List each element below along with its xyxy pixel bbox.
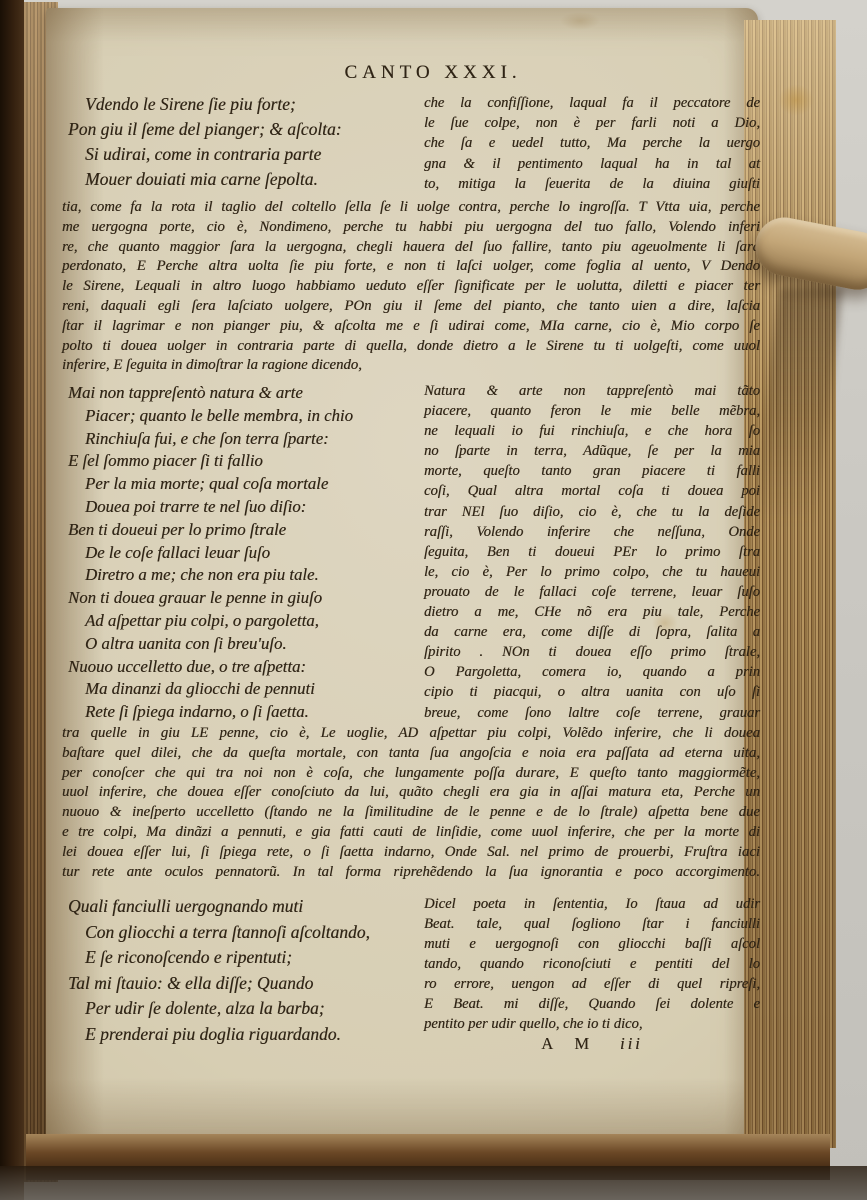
verse-tercet-block-middle: Mai non tappreſentò natura & artePiacer;… <box>68 382 420 724</box>
verse-tercet-block-bottom: Quali fanciulli uergognando mutiCon glio… <box>68 894 420 1048</box>
text-line: le ſue colpe, non è per farli noti a Dio… <box>424 113 760 133</box>
text-line: baſtare quel dilei, che da queſta mortal… <box>62 744 760 764</box>
text-line: Nuouo uccelletto due, o tre aſpetta: <box>68 656 420 679</box>
commentary-column-top: che la confiſſione, laqual fa il peccato… <box>424 93 760 194</box>
text-line: per conoſcer che qui tra noi non è coſa,… <box>62 764 760 784</box>
text-line: Non ti douea grauar le penne in giuſo <box>68 587 420 610</box>
text-line: Per la mia morte; qual coſa mortale <box>68 473 420 496</box>
text-line: ſtar il lagrimar e non pianger piu, & aſ… <box>62 317 760 337</box>
text-line: lei douea eſſer lui, ſi ſpiega rete, o ſ… <box>62 843 760 863</box>
text-line: Mai non tappreſentò natura & arte <box>68 382 420 405</box>
text-line: to, mitiga la ſeuerita de la diuina giuſ… <box>424 174 760 194</box>
text-line: E prenderai piu doglia riguardando. <box>68 1022 420 1048</box>
text-line: Per udir ſe dolente, alza la barba; <box>68 996 420 1022</box>
text-line: perdonato, E Perche altra uolta ſie piu … <box>62 257 760 277</box>
text-line: che la confiſſione, laqual fa il peccato… <box>424 93 760 113</box>
text-line: Beat. tale, qual ſogliono ſtar i fanciul… <box>424 914 760 934</box>
page-stain <box>778 84 814 116</box>
text-line: Ad aſpettar piu colpi, o pargoletta, <box>68 610 420 633</box>
text-line: reni, daquali egli ſera laſciato uolgere… <box>62 297 760 317</box>
text-line: Mouer douiati mia carne ſepolta. <box>68 167 420 192</box>
text-line: ne lequali io fui rinchiuſa, e che hora … <box>424 421 760 441</box>
text-line: trar NEl ſuo diſio, cio è, che tu la deſ… <box>424 502 760 522</box>
text-line: che ſa e uedel tutto, Ma perche la uergo <box>424 133 760 153</box>
text-line: coſi, Qual altra mortal coſa ti douea po… <box>424 481 760 501</box>
text-line: raſſi, Volendo inferire che neſſuna, Ond… <box>424 522 760 542</box>
text-line: Dicel poeta in ſententia, Io ſtaua ad ud… <box>424 894 760 914</box>
text-line: E ſe riconoſcendo e ripentuti; <box>68 945 420 971</box>
text-line: Ben ti doueui per lo primo ſtrale <box>68 519 420 542</box>
page-stain <box>560 12 600 30</box>
text-line: tra quelle in giu LE penne, cio è, Le uo… <box>62 724 760 744</box>
text-line: re, che quanto maggior ſara la uergogna,… <box>62 238 760 258</box>
text-line: inferire, E ſeguita in dimoſtrar la ragi… <box>62 356 760 376</box>
text-line: le, cio è, Per lo primo colpo, che tu ha… <box>424 562 760 582</box>
text-line: Con gliocchi a terra ſtannoſi aſcoltando… <box>68 920 420 946</box>
text-line: Si udirai, come in contraria parte <box>68 142 420 167</box>
text-line: Tal mi ſtauio: & ella diſſe; Quando <box>68 971 420 997</box>
text-line: piacere, quanto feron le mie belle mẽbra… <box>424 401 760 421</box>
text-line: morte, queſto tanto gran piacere ti fall… <box>424 461 760 481</box>
text-line: nuouo & ineſperto uccelletto (ſtando ne … <box>62 803 760 823</box>
text-line: De le coſe fallaci leuar ſuſo <box>68 542 420 565</box>
text-line: O altra uanita con ſi breu'uſo. <box>68 633 420 656</box>
canto-heading: CANTO XXXI. <box>84 62 782 84</box>
commentary-prose-block-1: tia, come fa la rota il taglio del colte… <box>62 198 760 376</box>
text-line: ſpirito . NOn ti douea eſſo primo ſtrale… <box>424 642 760 662</box>
text-line: E Beat. mi diſſe, Quando ſei dolente e <box>424 994 760 1014</box>
text-line: tur rete ante oculos pennatorũ. In tal f… <box>62 863 760 883</box>
signature-letters: A M <box>541 1034 598 1053</box>
text-line: no ſparte in terra, Adũque, ſe per la mi… <box>424 441 760 461</box>
book-shadow <box>0 1166 867 1200</box>
text-line: ſeguita, Ben ti doueui PEr lo primo ſtra <box>424 542 760 562</box>
gathering-signature: A Miii <box>424 1034 760 1054</box>
commentary-prose-block-2: tra quelle in giu LE penne, cio è, Le uo… <box>62 724 760 882</box>
text-line: polto ti douea uolger in contraria parte… <box>62 337 760 357</box>
text-line: Rinchiuſa fui, e che ſon terra ſparte: <box>68 428 420 451</box>
text-line: da carne era, come diſſe di ſopra, ſalit… <box>424 622 760 642</box>
commentary-column-middle: Natura & arte non tappreſentò mai tãtopi… <box>424 381 760 723</box>
text-line: Piacer; quanto le belle membra, in chio <box>68 405 420 428</box>
text-line: tando, quando riconoſciuti e pentiti del… <box>424 954 760 974</box>
text-line: tia, come fa la rota il taglio del colte… <box>62 198 760 218</box>
book-photo-backdrop: CANTO XXXI. Vdendo le Sirene ſie piu for… <box>0 0 867 1200</box>
text-line: uuol inferire, che douea eſſer conoſciut… <box>62 783 760 803</box>
text-line: prouato de le fallaci coſe terrene, leua… <box>424 582 760 602</box>
text-line: ro errore, uengon ad eſſer di quel ripre… <box>424 974 760 994</box>
text-line: Rete ſi ſpiega indarno, o ſi ſaetta. <box>68 701 420 724</box>
text-line: breue, come ſono laltre coſe terrene, gr… <box>424 703 760 723</box>
text-line: gna & il pentimento laqual ha in tal at <box>424 154 760 174</box>
text-line: Ma dinanzi da gliocchi de pennuti <box>68 678 420 701</box>
text-line: dietro a me, CHe nõ era piu tale, Perche <box>424 602 760 622</box>
text-line: O Pargoletta, comera io, quando a prin <box>424 662 760 682</box>
text-line: Douea poi trarre te nel ſuo diſio: <box>68 496 420 519</box>
text-line: cipio ti piacqui, o altra uanita con uſo… <box>424 682 760 702</box>
text-line: Vdendo le Sirene ſie piu forte; <box>68 92 420 117</box>
text-line: pentito per udir quello, che io ti dico, <box>424 1014 760 1034</box>
text-line: me uergogna porte, cio è, Nondimeno, per… <box>62 218 760 238</box>
text-line: muti e uergognoſi con gliocchi baſſi aſc… <box>424 934 760 954</box>
book-spine-edge <box>0 0 24 1200</box>
text-line: Pon giu il ſeme del pianger; & aſcolta: <box>68 117 420 142</box>
text-line: Diretro a me; che non era piu tale. <box>68 564 420 587</box>
text-line: E ſel ſommo piacer ſi ti fallio <box>68 450 420 473</box>
text-line: Quali fanciulli uergognando muti <box>68 894 420 920</box>
text-line: e tre colpi, Ma dinãzi a pennuti, e gia … <box>62 823 760 843</box>
commentary-column-bottom: Dicel poeta in ſententia, Io ſtaua ad ud… <box>424 894 760 1034</box>
verse-tercet-block-top: Vdendo le Sirene ſie piu forte;Pon giu i… <box>68 92 420 192</box>
signature-numerals: iii <box>620 1034 643 1053</box>
text-line: Natura & arte non tappreſentò mai tãto <box>424 381 760 401</box>
text-line: le Sirene, Lequali in altro luogo habbia… <box>62 277 760 297</box>
